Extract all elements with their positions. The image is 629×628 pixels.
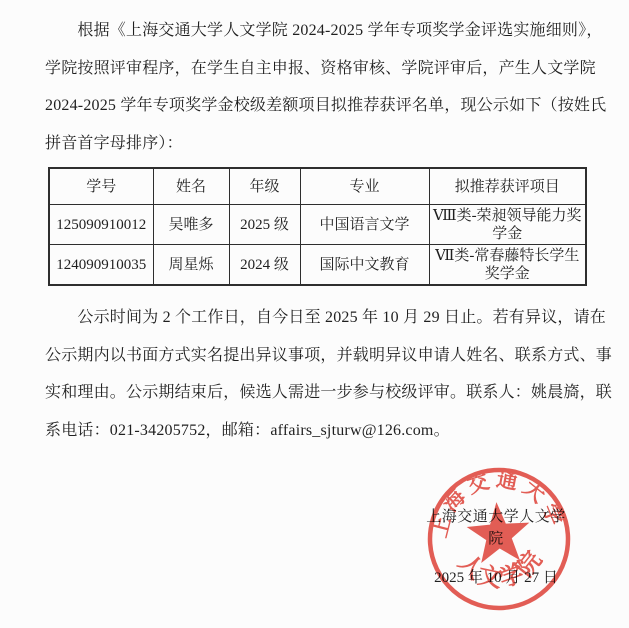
text-line: 拼音首字母排序）： bbox=[45, 125, 590, 163]
table-header-row: 学号姓名年级专业拟推荐获评项目 bbox=[49, 168, 586, 205]
text-line: 学院按照评审程序，在学生自主申报、资格审核、学院评审后，产生人文学院 bbox=[45, 50, 590, 88]
column-header: 学号 bbox=[49, 168, 153, 205]
column-header: 拟推荐获评项目 bbox=[429, 168, 586, 205]
table-cell: 吴唯多 bbox=[153, 205, 229, 245]
text-line: 2024-2025 学年专项奖学金校级差额项目拟推荐获评名单，现公示如下（按姓氏 bbox=[45, 87, 590, 125]
column-header: 姓名 bbox=[153, 168, 229, 205]
notice-paragraph: 公示时间为 2 个工作日，自今日至 2025 年 10 月 29 日止。若有异议… bbox=[45, 299, 590, 449]
awardees-table: 学号姓名年级专业拟推荐获评项目 125090910012吴唯多2025 级中国语… bbox=[48, 167, 587, 286]
text-line: 公示时间为 2 个工作日，自今日至 2025 年 10 月 29 日止。若有异议… bbox=[45, 299, 590, 337]
table-row: 125090910012吴唯多2025 级中国语言文学Ⅷ类-荣昶领导能力奖学金 bbox=[49, 205, 586, 245]
signature-organization: 上海交通大学人文学院 bbox=[421, 506, 571, 550]
table-cell: 中国语言文学 bbox=[300, 205, 429, 245]
text-line: 公示期内以书面方式实名提出异议事项，并载明异议申请人姓名、联系方式、事 bbox=[45, 337, 590, 375]
table-cell: Ⅶ类-常春藤特长学生奖学金 bbox=[429, 245, 586, 286]
table-cell: 2025 级 bbox=[229, 205, 300, 245]
intro-paragraph: 根据《上海交通大学人文学院 2024-2025 学年专项奖学金评选实施细则》，学… bbox=[45, 12, 590, 162]
text-line: 系电话：021-34205752，邮箱：affairs_sjturw@126.c… bbox=[45, 412, 590, 450]
table-row: 124090910035周星烁2024 级国际中文教育Ⅶ类-常春藤特长学生奖学金 bbox=[49, 245, 586, 286]
document-page: 根据《上海交通大学人文学院 2024-2025 学年专项奖学金评选实施细则》，学… bbox=[0, 0, 629, 628]
signature-date: 2025 年 10 月 27 日 bbox=[421, 567, 571, 589]
table-cell: 周星烁 bbox=[153, 245, 229, 286]
signature-block: 上海交通大学人文学院 2025 年 10 月 27 日 bbox=[421, 506, 571, 589]
table-cell: 国际中文教育 bbox=[300, 245, 429, 286]
text-line: 实和理由。公示期结束后，候选人需进一步参与校级评审。联系人：姚晨旖，联 bbox=[45, 374, 590, 412]
table-cell: Ⅷ类-荣昶领导能力奖学金 bbox=[429, 205, 586, 245]
table-cell: 124090910035 bbox=[49, 245, 153, 286]
column-header: 专业 bbox=[300, 168, 429, 205]
table-cell: 2024 级 bbox=[229, 245, 300, 286]
text-line: 根据《上海交通大学人文学院 2024-2025 学年专项奖学金评选实施细则》， bbox=[45, 12, 590, 50]
column-header: 年级 bbox=[229, 168, 300, 205]
table-cell: 125090910012 bbox=[49, 205, 153, 245]
